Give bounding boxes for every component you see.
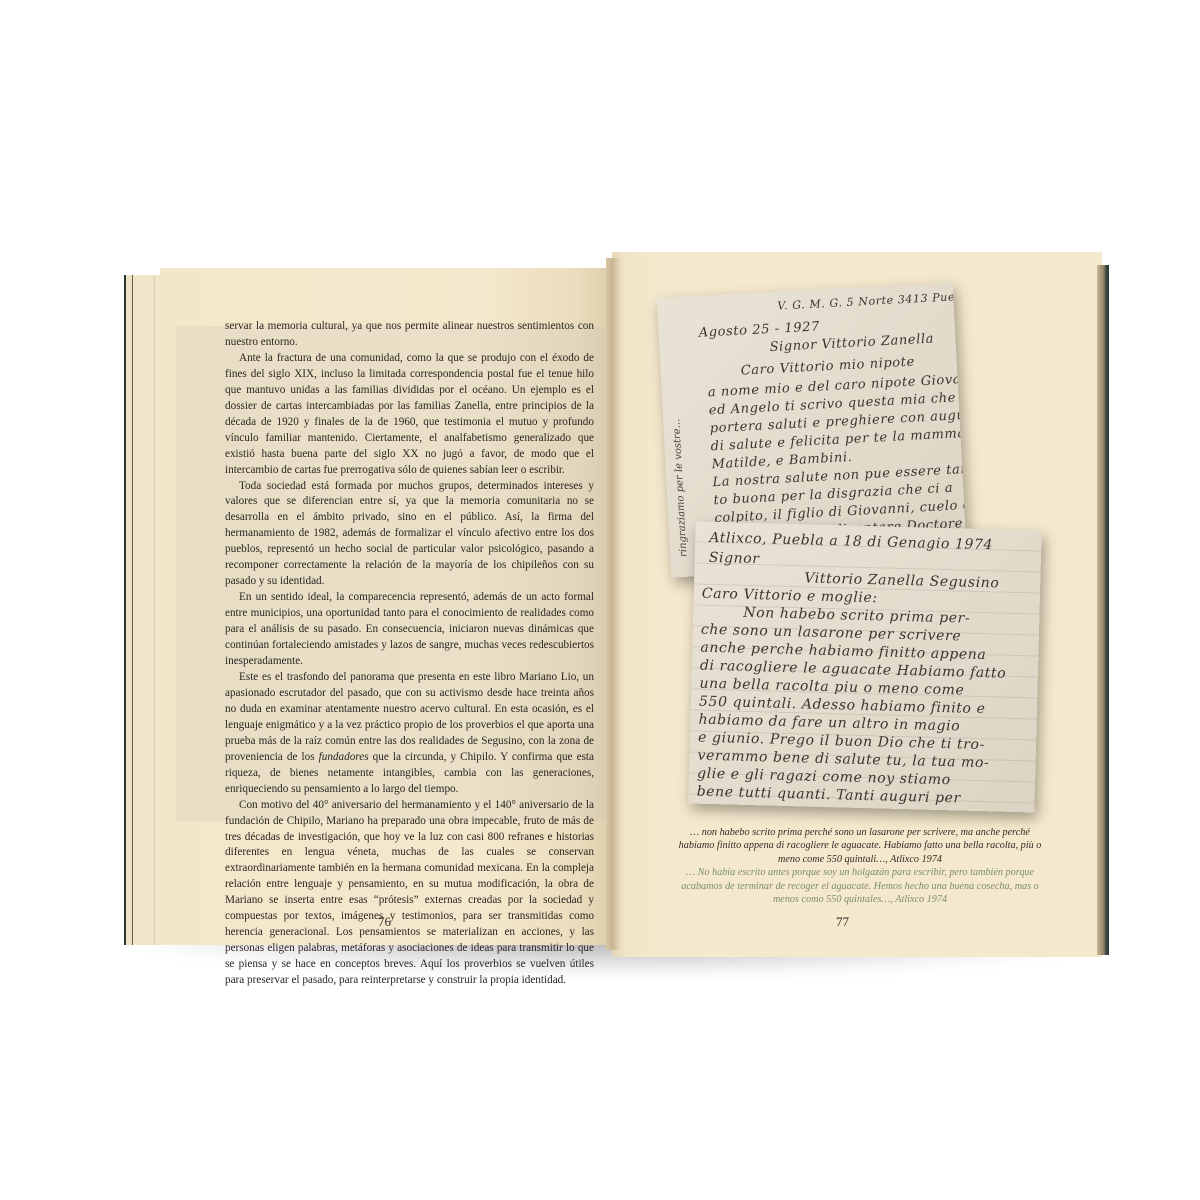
book-gutter: [606, 258, 620, 950]
right-page-stack-edge: [1097, 265, 1109, 955]
handwritten-letter-1974: Atlixco, Puebla a 18 di Genagio 1974 Sig…: [688, 522, 1041, 813]
letter-salutation: Signor: [709, 550, 760, 567]
caption-spanish-line: menos como 550 quintales…, Atlixco 1974: [650, 893, 1070, 906]
letter-header: V. G. M. G. 5 Norte 3413 Puebla Pue: [777, 288, 967, 313]
left-page-body-text: servar la memoria cultural, ya que nos p…: [225, 319, 594, 989]
caption-italian-line: habiamo finitto appena di racogliere le …: [650, 839, 1070, 852]
caption-italian-line: … non habebo scrito prima perché sono un…: [650, 826, 1070, 839]
letter-caption: … non habebo scrito prima perché sono un…: [650, 826, 1070, 906]
paragraph: Este es el trasfondo del panorama que pr…: [225, 670, 594, 798]
caption-spanish-line: … No había escrito antes porque soy un h…: [650, 866, 1070, 879]
paragraph: Con motivo del 40° aniversario del herma…: [225, 798, 594, 989]
open-book: servar la memoria cultural, ya que nos p…: [0, 0, 1200, 1200]
paragraph-text: Este es el trasfondo del panorama que pr…: [225, 671, 594, 763]
paragraph: servar la memoria cultural, ya que nos p…: [225, 319, 594, 351]
page-number-left: 76: [378, 914, 391, 930]
caption-italian-line: meno come 550 quintali…, Atlixco 1974: [650, 853, 1070, 866]
caption-spanish-line: acabamos de terminar de recoger el aguac…: [650, 880, 1070, 893]
paragraph: Ante la fractura de una comunidad, como …: [225, 351, 594, 479]
italic-term: fundadores: [319, 751, 369, 763]
paragraph: Toda sociedad está formada por muchos gr…: [225, 479, 594, 591]
page-number-right: 77: [836, 914, 849, 930]
paragraph: En un sentido ideal, la comparecencia re…: [225, 590, 594, 670]
